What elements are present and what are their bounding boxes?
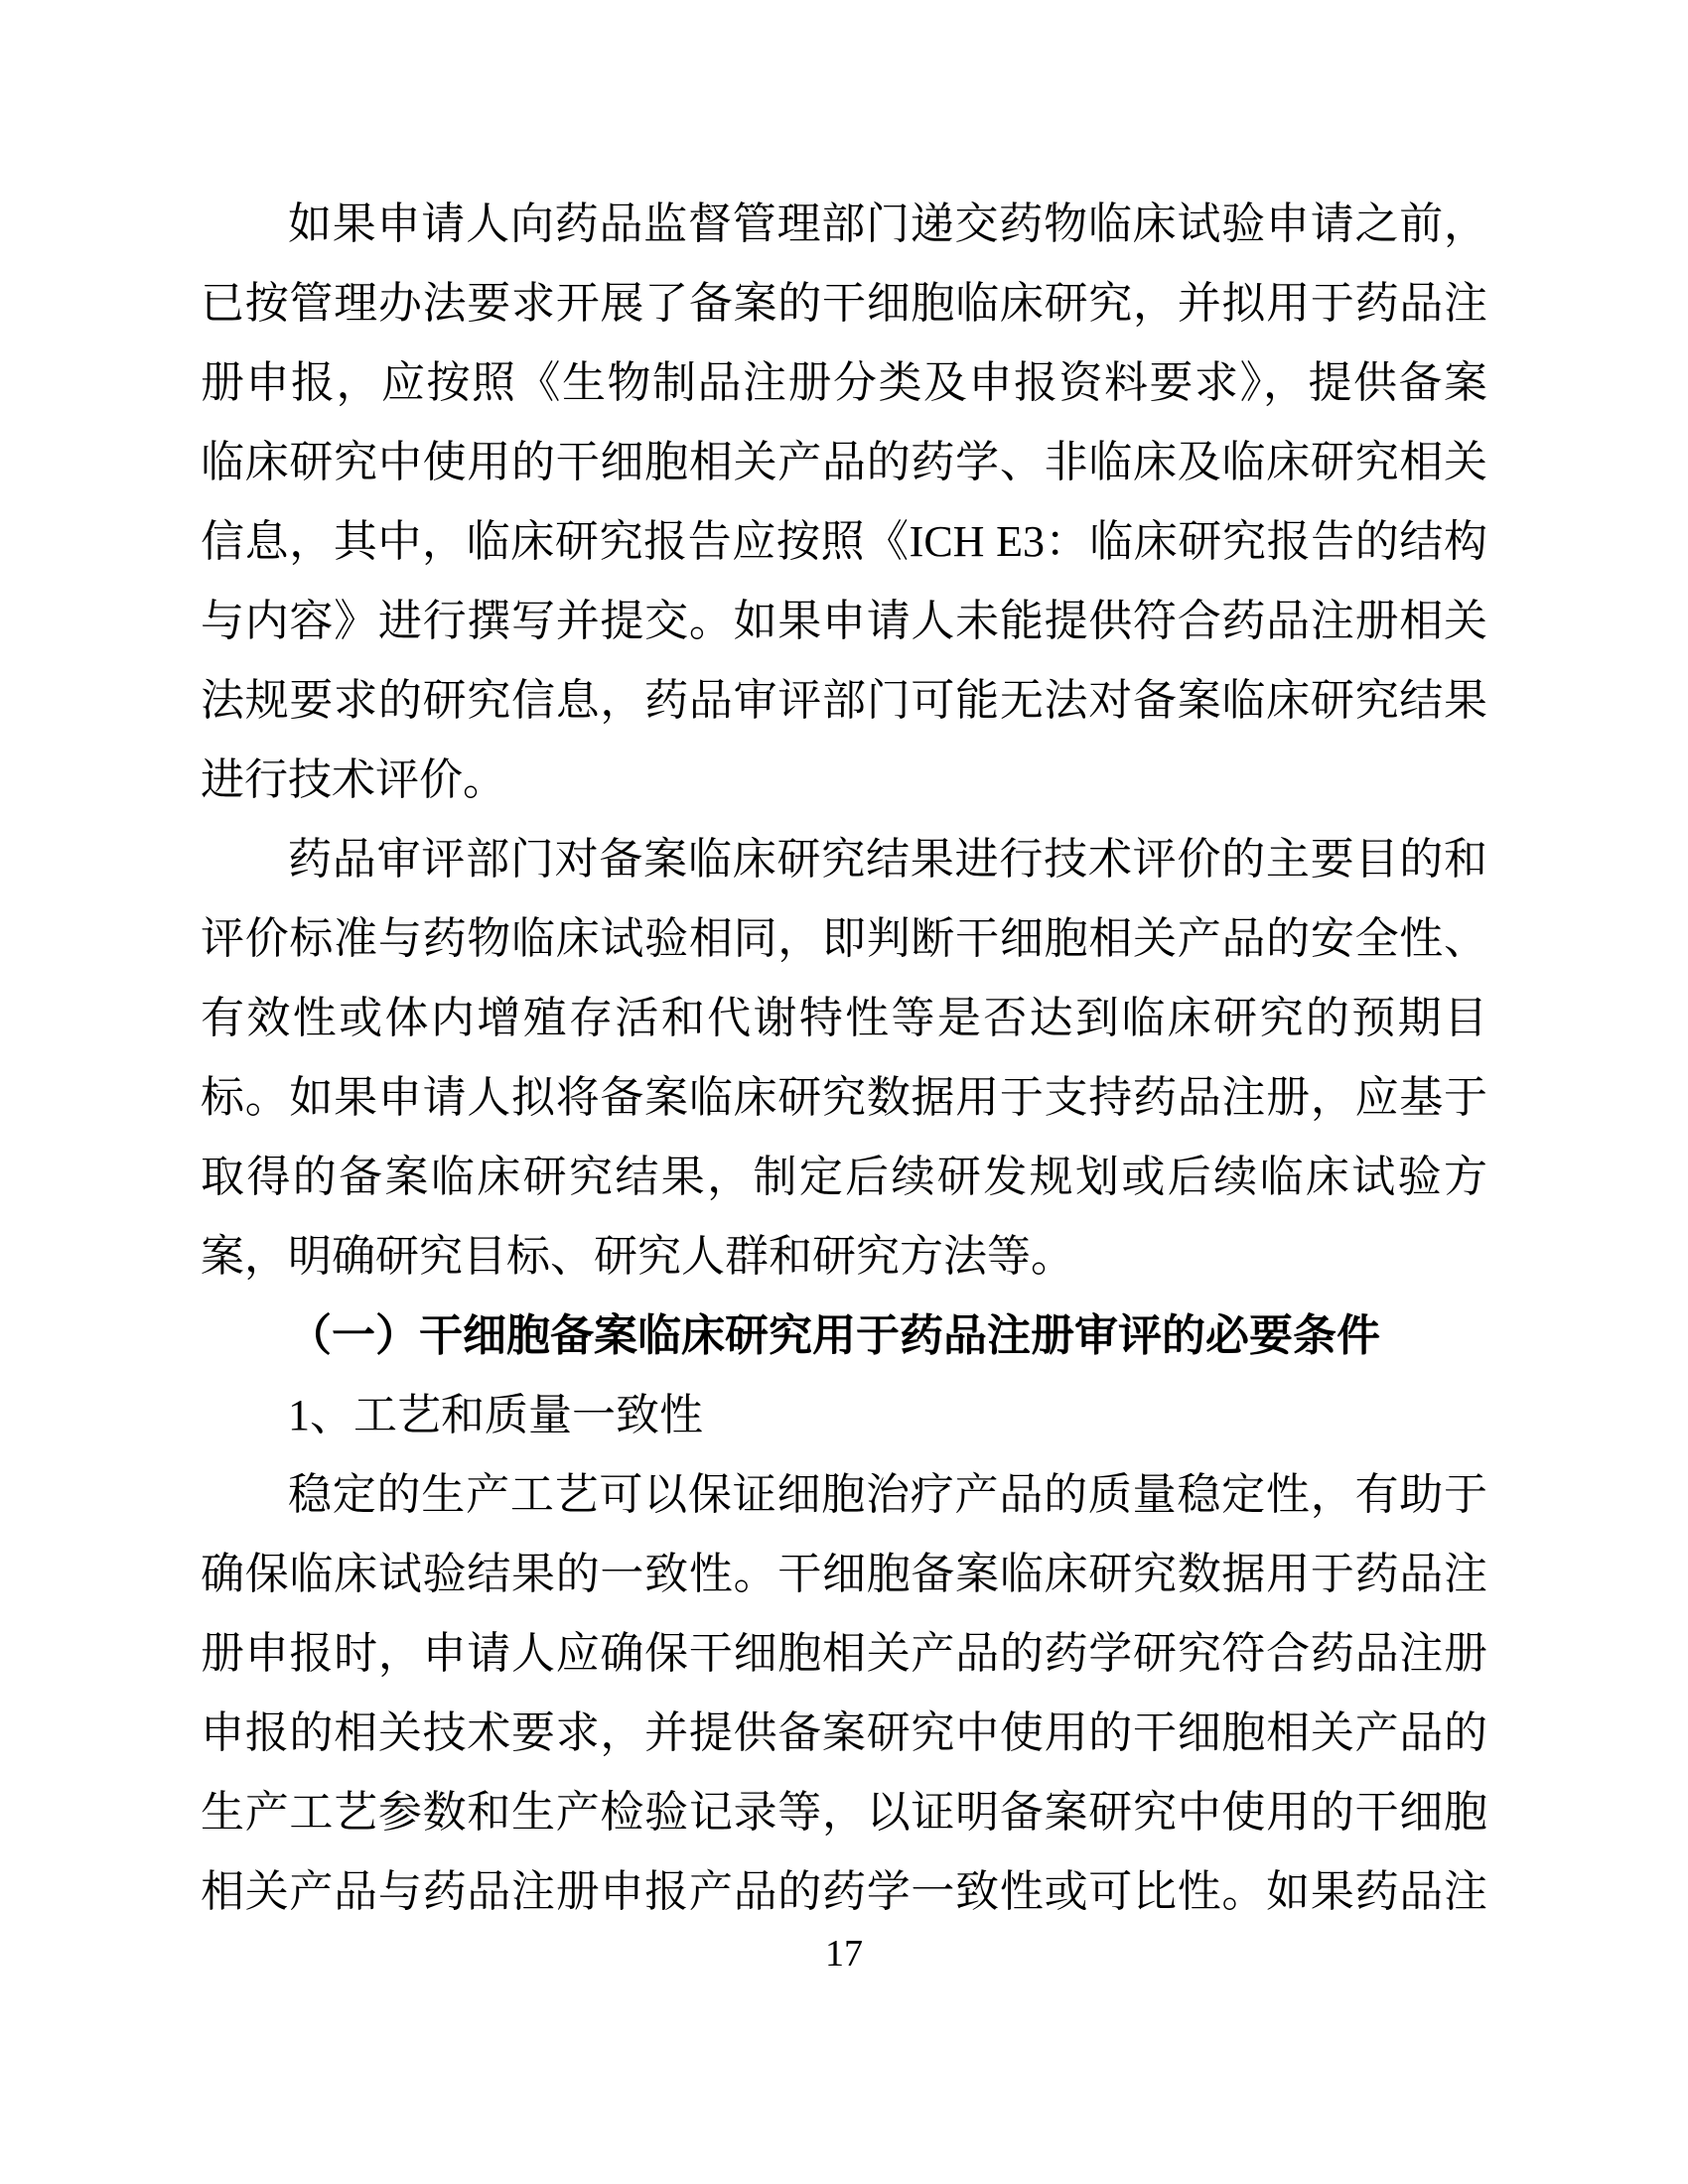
body-line: 生产工艺参数和生产检验记录等，以证明备案研究中使用的干细胞	[201, 1773, 1487, 1852]
subsection-heading: 1、工艺和质量一致性	[201, 1376, 1487, 1455]
body-line: 取得的备案临床研究结果，制定后续研发规划或后续临床试验方	[201, 1138, 1487, 1217]
body-line: 法规要求的研究信息，药品审评部门可能无法对备案临床研究结果	[201, 661, 1487, 741]
document-page: 如果申请人向药品监督管理部门递交药物临床试验申请之前， 已按管理办法要求开展了备…	[0, 0, 1688, 2184]
page-number: 17	[0, 1924, 1688, 1983]
body-line: 进行技术评价。	[201, 741, 1487, 820]
body-line: 信息，其中，临床研究报告应按照《ICH E3：临床研究报告的结构	[201, 502, 1487, 582]
body-line: 册申报，应按照《生物制品注册分类及申报资料要求》，提供备案	[201, 343, 1487, 423]
body-line: 申报的相关技术要求，并提供备案研究中使用的干细胞相关产品的	[201, 1694, 1487, 1773]
text-block: 如果申请人向药品监督管理部门递交药物临床试验申请之前， 已按管理办法要求开展了备…	[201, 185, 1487, 1932]
body-line: 案，明确研究目标、研究人群和研究方法等。	[201, 1217, 1487, 1297]
section-heading: （一）干细胞备案临床研究用于药品注册审评的必要条件	[201, 1297, 1487, 1376]
body-line: 稳定的生产工艺可以保证细胞治疗产品的质量稳定性，有助于	[201, 1455, 1487, 1535]
body-line: 册申报时，申请人应确保干细胞相关产品的药学研究符合药品注册	[201, 1614, 1487, 1694]
body-line: 有效性或体内增殖存活和代谢特性等是否达到临床研究的预期目	[201, 979, 1487, 1058]
body-line: 临床研究中使用的干细胞相关产品的药学、非临床及临床研究相关	[201, 423, 1487, 502]
body-line: 药品审评部门对备案临床研究结果进行技术评价的主要目的和	[201, 820, 1487, 899]
body-line: 与内容》进行撰写并提交。如果申请人未能提供符合药品注册相关	[201, 582, 1487, 661]
body-line: 已按管理办法要求开展了备案的干细胞临床研究，并拟用于药品注	[201, 264, 1487, 343]
body-line: 如果申请人向药品监督管理部门递交药物临床试验申请之前，	[201, 185, 1487, 264]
body-line: 标。如果申请人拟将备案临床研究数据用于支持药品注册，应基于	[201, 1058, 1487, 1138]
body-line: 确保临床试验结果的一致性。干细胞备案临床研究数据用于药品注	[201, 1535, 1487, 1614]
body-line: 相关产品与药品注册申报产品的药学一致性或可比性。如果药品注	[201, 1852, 1487, 1932]
body-line: 评价标准与药物临床试验相同，即判断干细胞相关产品的安全性、	[201, 899, 1487, 979]
